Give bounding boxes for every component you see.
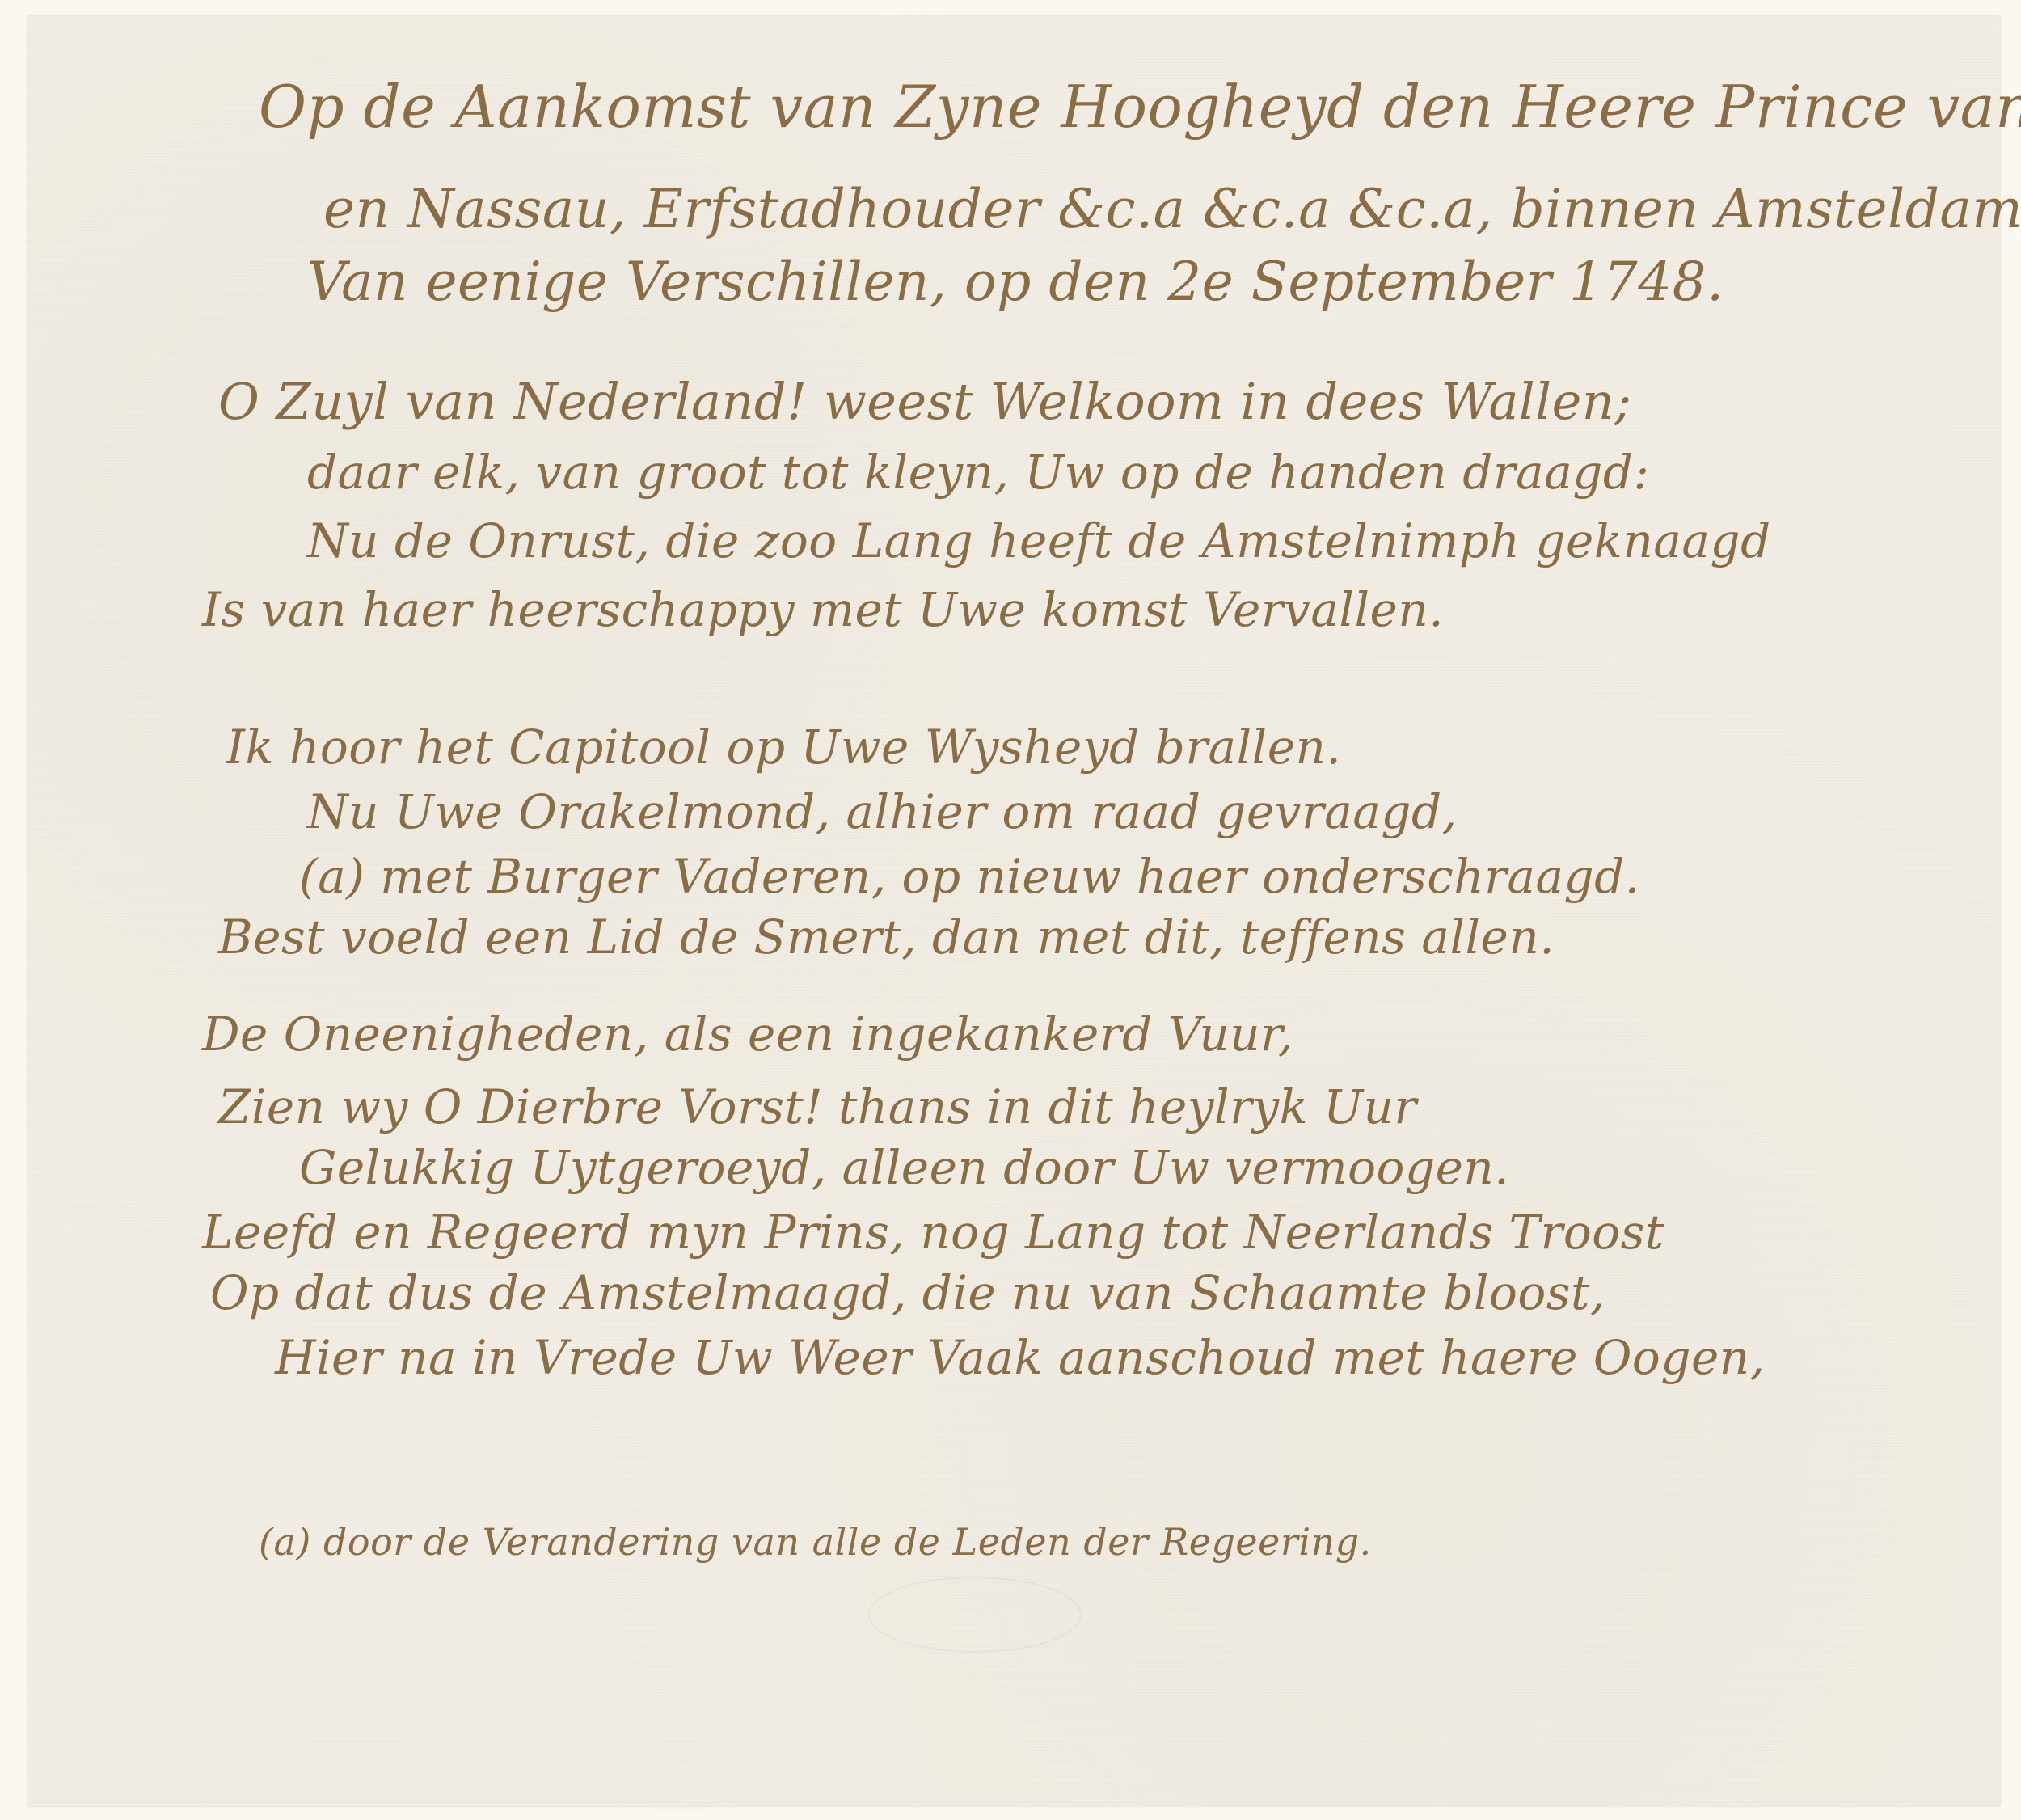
stanza-3-line-2: Zien wy O Dierbre Vorst! thans in dit he… bbox=[218, 1079, 1417, 1134]
stanza-2-line-1: Ik hoor het Capitool op Uwe Wysheyd bral… bbox=[226, 720, 1341, 775]
title-line-1: Op de Aankomst van Zyne Hoogheyd den Hee… bbox=[259, 73, 2021, 141]
stanza-3-line-3: Gelukkig Uytgeroeyd, alleen door Uw verm… bbox=[299, 1140, 1509, 1195]
faint-stamp-impression bbox=[868, 1577, 1082, 1653]
stanza-3-line-5: Op dat dus de Amstelmaagd, die nu van Sc… bbox=[210, 1265, 1605, 1320]
manuscript-sheet: Op de Aankomst van Zyne Hoogheyd den Hee… bbox=[27, 16, 2000, 1806]
stanza-1-line-3: Nu de Onrust, die zoo Lang heeft de Amst… bbox=[307, 513, 1771, 568]
title-line-3: Van eenige Verschillen, op den 2e Septem… bbox=[307, 251, 1724, 313]
title-line-2: en Nassau, Erfstadhouder &c.a &c.a &c.a,… bbox=[323, 178, 2021, 240]
stanza-2-line-2: Nu Uwe Orakelmond, alhier om raad gevraa… bbox=[307, 784, 1458, 839]
stanza-1-line-4: Is van haer heerschappy met Uwe komst Ve… bbox=[202, 582, 1444, 637]
stanza-3-line-1: De Oneenigheden, als een ingekankerd Vuu… bbox=[202, 1007, 1293, 1062]
footnote: (a) door de Verandering van alle de Lede… bbox=[259, 1520, 1372, 1564]
stanza-2-line-3: (a) met Burger Vaderen, op nieuw haer on… bbox=[299, 849, 1640, 904]
stanza-3-line-4: Leefd en Regeerd myn Prins, nog Lang tot… bbox=[202, 1205, 1664, 1260]
stanza-1-line-1: O Zuyl van Nederland! weest Welkoom in d… bbox=[218, 372, 1632, 431]
stanza-2-line-4: Best voeld een Lid de Smert, dan met dit… bbox=[218, 910, 1555, 965]
stanza-3-line-6: Hier na in Vrede Uw Weer Vaak aanschoud … bbox=[275, 1330, 1766, 1385]
stanza-1-line-2: daar elk, van groot tot kleyn, Uw op de … bbox=[307, 445, 1650, 500]
